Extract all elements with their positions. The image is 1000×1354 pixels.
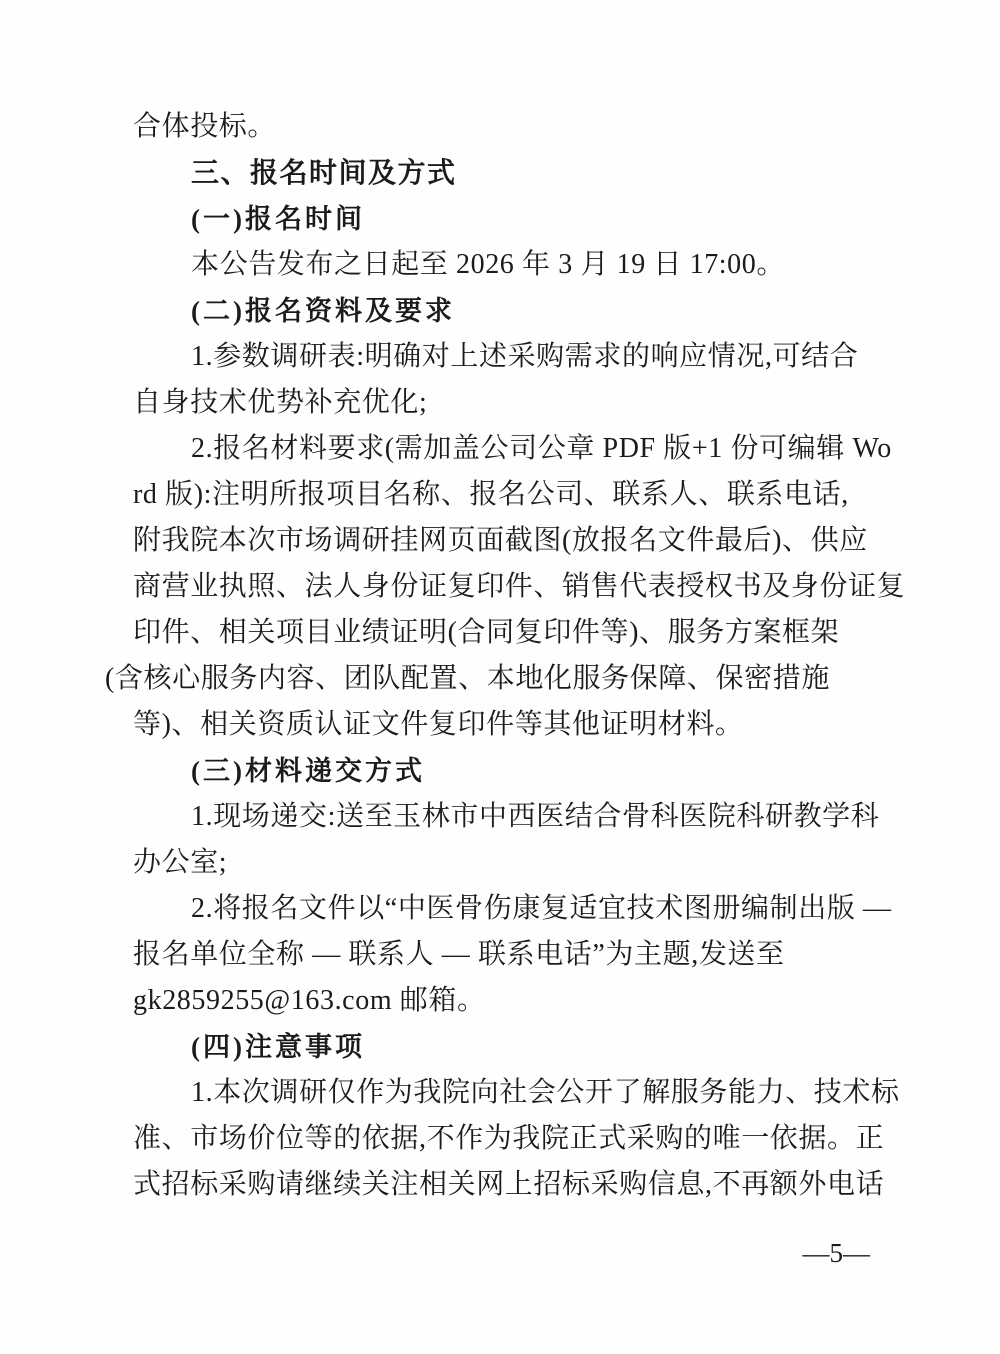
text-line: 附我院本次市场调研挂网页面截图(放报名文件最后)、供应 [133, 518, 882, 564]
text-line: 准、市场价位等的依据,不作为我院正式采购的唯一依据。正 [133, 1116, 882, 1162]
text-line: (一)报名时间 [133, 196, 882, 242]
text-line: (二)报名资料及要求 [133, 288, 882, 334]
text-line: 1.本次调研仅作为我院向社会公开了解服务能力、技术标 [133, 1070, 882, 1116]
text-line: 三、报名时间及方式 [133, 150, 882, 196]
text-line: 办公室; [133, 840, 882, 886]
page-number: —5— [803, 1238, 871, 1269]
text-line: 式招标采购请继续关注相关网上招标采购信息,不再额外电话 [133, 1162, 882, 1208]
document-page: 合体投标。三、报名时间及方式(一)报名时间本公告发布之日起至 2026 年 3 … [0, 0, 1000, 1354]
text-line: 商营业执照、法人身份证复印件、销售代表授权书及身份证复 [133, 564, 882, 610]
text-line: (四)注意事项 [133, 1024, 882, 1070]
text-line: (含核心服务内容、团队配置、本地化服务保障、保密措施 [105, 656, 882, 702]
document-body: 合体投标。三、报名时间及方式(一)报名时间本公告发布之日起至 2026 年 3 … [133, 104, 882, 1208]
text-line: 1.现场递交:送至玉林市中西医结合骨科医院科研教学科 [133, 794, 882, 840]
text-line: 合体投标。 [133, 104, 882, 150]
text-line: 印件、相关项目业绩证明(合同复印件等)、服务方案框架 [133, 610, 882, 656]
text-line: 报名单位全称 — 联系人 — 联系电话”为主题,发送至 [133, 932, 882, 978]
text-line: rd 版):注明所报项目名称、报名公司、联系人、联系电话, [133, 472, 882, 518]
text-line: 本公告发布之日起至 2026 年 3 月 19 日 17:00。 [133, 242, 882, 288]
text-line: 自身技术优势补充优化; [133, 380, 882, 426]
text-line: 等)、相关资质认证文件复印件等其他证明材料。 [133, 702, 882, 748]
text-line: 1.参数调研表:明确对上述采购需求的响应情况,可结合 [133, 334, 882, 380]
text-line: 2.报名材料要求(需加盖公司公章 PDF 版+1 份可编辑 Wo [133, 426, 882, 472]
text-line: gk2859255@163.com 邮箱。 [133, 978, 882, 1024]
text-line: (三)材料递交方式 [133, 748, 882, 794]
text-line: 2.将报名文件以“中医骨伤康复适宜技术图册编制出版 — [133, 886, 882, 932]
